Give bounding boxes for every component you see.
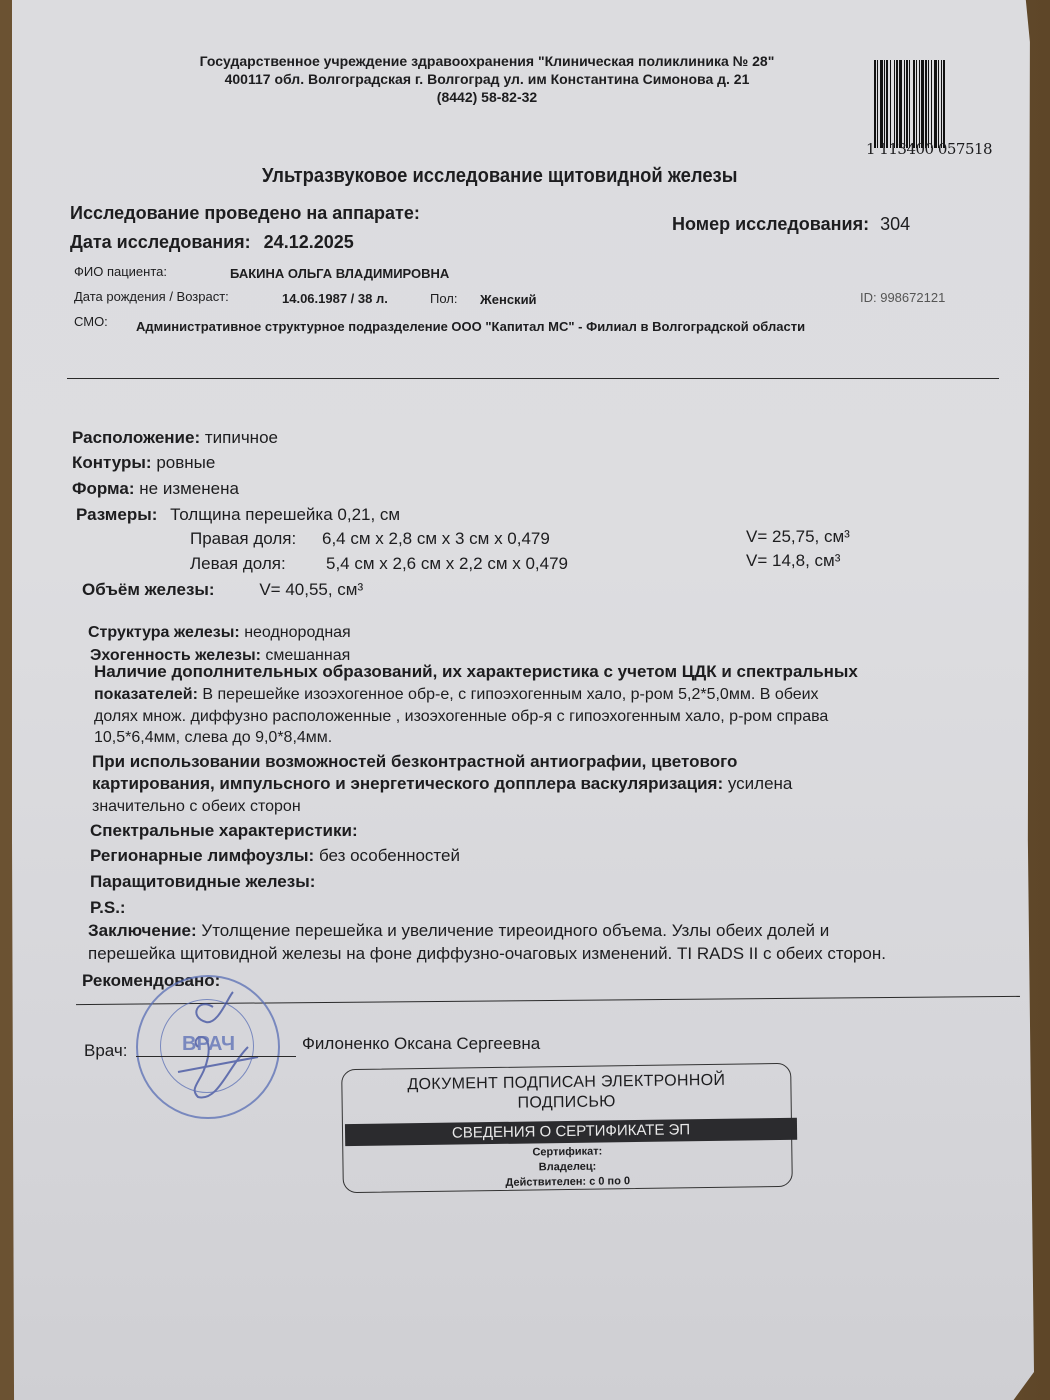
device-label: Исследование проведено на аппарате: (70, 203, 420, 224)
doctor-stamp: ВРАЧ (136, 975, 280, 1119)
barcode (874, 60, 986, 148)
cert-details: Сертификат: Владелец: Действителен: с 0 … (343, 1142, 792, 1193)
smo-value: Административное структурное подразделен… (136, 319, 805, 334)
shape-row: Форма: не изменена (72, 478, 239, 500)
institution-phone: (8442) 58-82-32 (182, 88, 792, 106)
document-paper: Государственное учреждение здравоохранен… (12, 0, 1034, 1400)
patient-name-value: БАКИНА ОЛЬГА ВЛАДИМИРОВНА (230, 266, 449, 281)
study-number-row: Номер исследования: 304 (672, 214, 910, 235)
divider (67, 378, 999, 379)
spectral-label: Спектральные характеристики: (90, 820, 358, 842)
right-lobe-value: 6,4 см х 2,8 см х 3 см х 0,479 (322, 528, 550, 550)
left-lobe-volume: V= 14,8, см³ (746, 550, 840, 572)
formations-row-1: показателей: В перешейке изоэхогенное об… (94, 684, 819, 706)
date-label: Дата исследования: (70, 232, 251, 252)
formations-row-3: 10,5*6,4мм, слева до 9,0*8,4мм. (94, 727, 332, 749)
date-value: 24.12.2025 (264, 232, 354, 252)
patient-id: ID: 998672121 (860, 290, 945, 305)
structure-row: Структура железы: неоднородная (88, 622, 351, 644)
doppler-label-1: При использовании возможностей безконтра… (92, 751, 737, 773)
doppler-row-3: значительно с обеих сторон (92, 796, 301, 818)
right-lobe-volume: V= 25,75, см³ (746, 526, 850, 548)
date-row: Дата исследования: 24.12.2025 (70, 232, 354, 253)
left-lobe-label: Левая доля: (190, 553, 286, 575)
volume-row: Объём железы: V= 40,55, см³ (82, 579, 363, 601)
size-row: Размеры: Толщина перешейка 0,21, см (76, 504, 400, 526)
ps-label: P.S.: (90, 897, 126, 919)
signature-line (136, 1056, 296, 1057)
conclusion-row-2: перешейка щитовидной железы на фоне дифф… (88, 943, 886, 965)
page-title: Ультразвуковое исследование щитовидной ж… (262, 165, 737, 188)
barcode-number: 1 113400 057518 (866, 140, 992, 158)
study-number-value: 304 (880, 214, 910, 234)
smo-label: СМО: (74, 314, 108, 329)
birth-label: Дата рождения / Возраст: (74, 289, 229, 304)
doctor-label: Врач: (84, 1040, 127, 1062)
conclusion-row-1: Заключение: Утолщение перешейка и увелич… (88, 920, 829, 942)
birth-value: 14.06.1987 / 38 л. (282, 291, 388, 306)
patient-name-label: ФИО пациента: (74, 264, 167, 279)
lymph-row: Регионарные лимфоузлы: без особенностей (90, 845, 460, 867)
sex-value: Женский (480, 292, 537, 307)
institution-address: 400117 обл. Волгоградская г. Волгоград у… (182, 70, 792, 88)
institution-name: Государственное учреждение здравоохранен… (182, 52, 792, 70)
formations-row-2: долях множ. диффузно расположенные , изо… (94, 706, 828, 728)
esign-title: ДОКУМЕНТ ПОДПИСАН ЭЛЕКТРОННОЙ ПОДПИСЬЮ (342, 1070, 791, 1116)
sex-label: Пол: (430, 291, 458, 306)
study-number-label: Номер исследования: (672, 214, 869, 234)
formations-label: Наличие дополнительных образований, их х… (94, 661, 858, 683)
location-row: Расположение: типичное (72, 427, 278, 449)
contours-row: Контуры: ровные (72, 452, 215, 474)
parathyroid-label: Паращитовидные железы: (90, 871, 315, 893)
doppler-row-2: картирования, импульсного и энергетическ… (92, 773, 792, 795)
doctor-name: Филоненко Оксана Сергеевна (302, 1033, 540, 1055)
left-lobe-value: 5,4 см х 2,6 см х 2,2 см х 0,479 (326, 553, 568, 575)
right-lobe-label: Правая доля: (190, 528, 296, 550)
handwritten-signature-icon (158, 987, 268, 1117)
esign-box: ДОКУМЕНТ ПОДПИСАН ЭЛЕКТРОННОЙ ПОДПИСЬЮ С… (341, 1063, 793, 1193)
